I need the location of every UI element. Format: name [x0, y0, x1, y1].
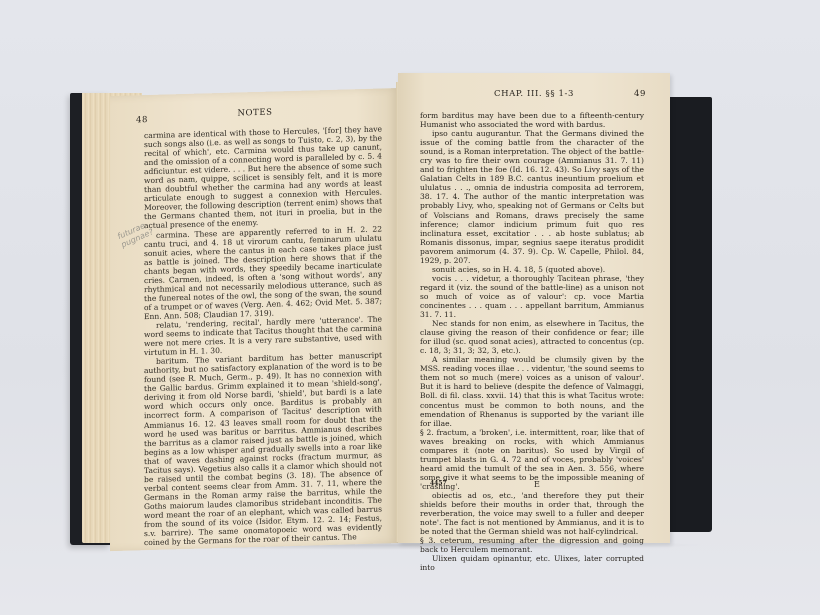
right-paragraph: vocis . . . videtur, a thoroughly Tacite…: [420, 274, 644, 319]
right-paragraph-section-2: § 2. fractum, a 'broken', i.e. intermitt…: [420, 428, 644, 491]
right-paragraph: ipso cantu augurantur. That the Germans …: [420, 129, 644, 265]
right-paragraph: Nec stands for non enim, as elsewhere in…: [420, 319, 644, 355]
book-photo-scene: 48 NOTES carmina are identical with thos…: [0, 0, 820, 615]
right-paragraph: obiectis ad os, etc., 'and therefore the…: [420, 491, 644, 536]
right-paragraph-section-3: § 3. ceterum, resuming after the digress…: [420, 536, 644, 554]
right-paragraph: A similar meaning would be clumsily give…: [420, 355, 644, 427]
printer-signature-mark: 4457: [430, 480, 447, 487]
left-paragraph: baritum. The variant barditum has better…: [144, 351, 382, 548]
right-page: CHAP. III. §§ 1-3 49 form barditus may h…: [398, 73, 670, 543]
right-paragraph: Ulixen quidam opinantur, etc. Ulixes, la…: [420, 554, 644, 572]
right-page-number: 49: [634, 89, 646, 99]
left-page-header: 48 NOTES: [110, 104, 400, 126]
right-paragraph: sonuit acies, so in H. 4. 18, 5 (quoted …: [420, 265, 644, 274]
left-paragraph: carmina are identical with those to Herc…: [144, 125, 382, 231]
left-page-text: carmina are identical with those to Herc…: [144, 125, 382, 548]
gathering-letter: E: [534, 480, 540, 489]
right-paragraph: form barditus may have been due to a fif…: [420, 111, 644, 129]
left-running-title: NOTES: [110, 104, 400, 122]
right-page-text: form barditus may have been due to a fif…: [420, 111, 644, 572]
left-paragraph: carmina. These are apparently referred t…: [144, 224, 382, 321]
right-page-header: CHAP. III. §§ 1-3 49: [398, 89, 670, 103]
right-running-title: CHAP. III. §§ 1-3: [398, 89, 670, 99]
left-page: 48 NOTES carmina are identical with thos…: [110, 88, 400, 551]
